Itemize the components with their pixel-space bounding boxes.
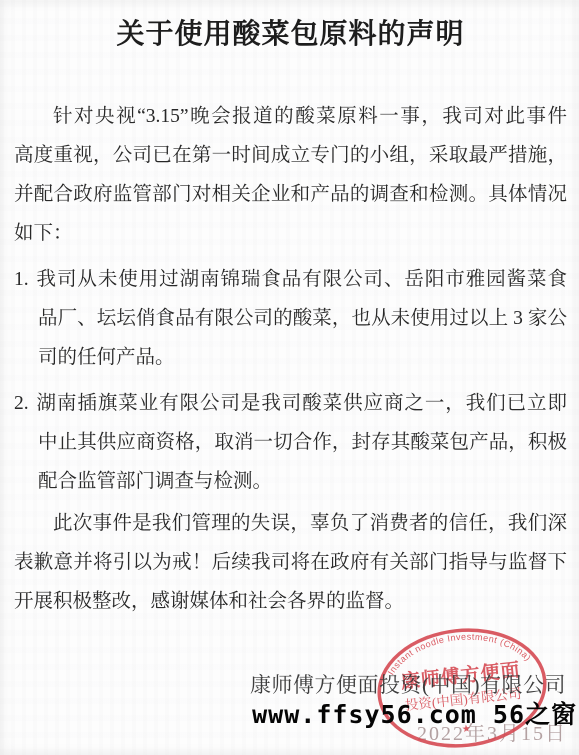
list-item-2: 2.湖南插旗菜业有限公司是我司酸菜供应商之一，我们已立即 中止其供应商资格，取消… — [14, 384, 567, 501]
statement-line: 配合监管部门调查与检测。 — [14, 462, 567, 501]
list-number: 1. — [14, 269, 29, 290]
statement-line: 此次事件是我们管理的失误，辜负了消费者的信任，我们深 — [14, 504, 567, 543]
list-text: 我司从未使用过湖南锦瑞食品有限公司、岳阳市雅园酱菜食 — [36, 269, 567, 290]
page-title: 关于使用酸菜包原料的声明 — [14, 0, 567, 56]
watermark-text: www.ffsy56.com 56之窗 — [252, 695, 577, 731]
closing-paragraph: 此次事件是我们管理的失误，辜负了消费者的信任，我们深 表歉意并将引以为戒！后续我… — [14, 504, 567, 621]
statement-line: 品厂、坛坛俏食品有限公司的酸菜，也从未使用过以上 3 家公 — [14, 299, 567, 338]
intro-paragraph: 针对央视“3.15”晚会报道的酸菜原料一事，我司对此事件 高度重视，公司已在第一… — [14, 97, 567, 253]
statement-line: 1.我司从未使用过湖南锦瑞食品有限公司、岳阳市雅园酱菜食 — [14, 260, 567, 299]
statement-line: 表歉意并将引以为戒！后续我司将在政府有关部门指导与监督下 — [14, 543, 567, 582]
statement-line: 针对央视“3.15”晚会报道的酸菜原料一事，我司对此事件 — [14, 97, 567, 136]
list-item-1: 1.我司从未使用过湖南锦瑞食品有限公司、岳阳市雅园酱菜食 品厂、坛坛俏食品有限公… — [14, 260, 567, 377]
document-page: 关于使用酸菜包原料的声明 针对央视“3.15”晚会报道的酸菜原料一事，我司对此事… — [0, 0, 579, 755]
statement-line: 并配合政府监管部门对相关企业和产品的调查和检测。具体情况 — [14, 175, 567, 214]
list-text: 湖南插旗菜业有限公司是我司酸菜供应商之一，我们已立即 — [36, 393, 567, 414]
statement-line: 司的任何产品。 — [14, 338, 567, 377]
statement-line: 如下： — [14, 214, 567, 253]
statement-line: 中止其供应商资格，取消一切合作，封存其酸菜包产品，积极 — [14, 423, 567, 462]
statement-line: 2.湖南插旗菜业有限公司是我司酸菜供应商之一，我们已立即 — [14, 384, 567, 423]
statement-body: 针对央视“3.15”晚会报道的酸菜原料一事，我司对此事件 高度重视，公司已在第一… — [14, 97, 567, 621]
statement-line: 开展积极整改，感谢媒体和社会各界的监督。 — [14, 582, 567, 621]
statement-line: 高度重视，公司已在第一时间成立专门的小组，采取最严措施， — [14, 136, 567, 175]
list-number: 2. — [14, 393, 29, 414]
